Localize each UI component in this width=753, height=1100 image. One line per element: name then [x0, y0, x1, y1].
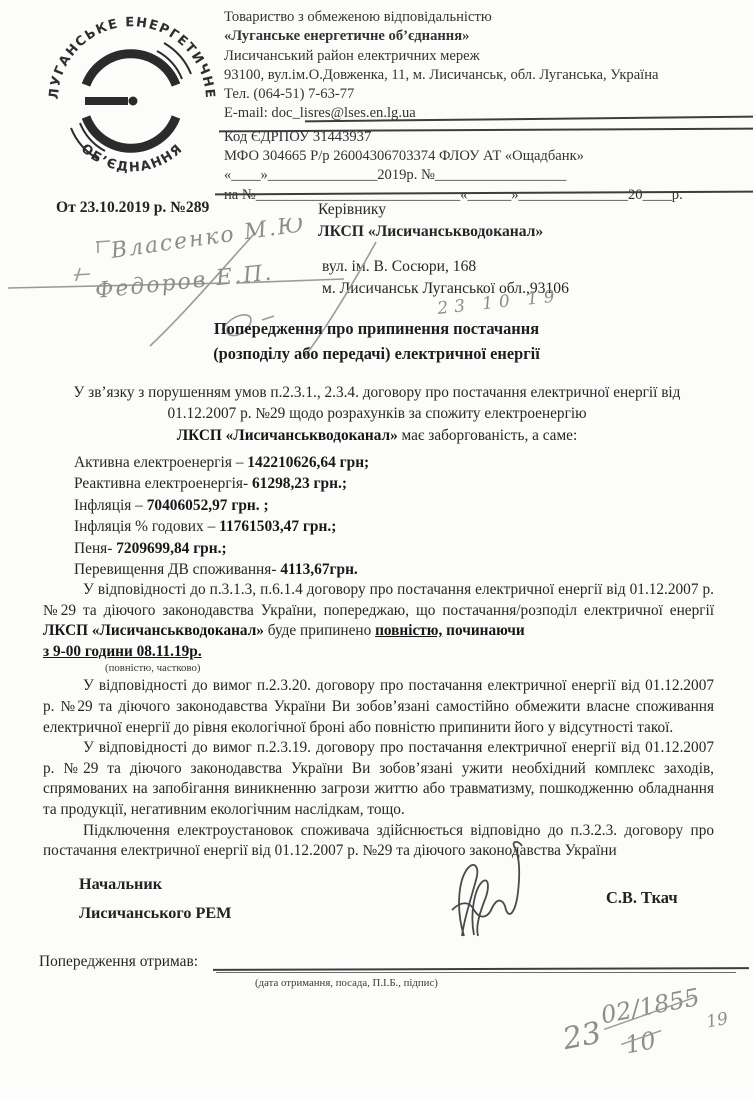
company-logo: ЛУГАНСЬКЕ ЕНЕРГЕТИЧНЕ ОБ’ЄДНАННЯ: [38, 4, 226, 192]
registry-day: 23: [559, 1015, 604, 1057]
title-line-2: (розподілу або передачі) електричної ене…: [0, 342, 753, 367]
position-line-2: Лисичанського РЕМ: [79, 899, 231, 928]
addressee-city: м. Лисичанськ Луганської обл.,93106: [322, 278, 569, 300]
debt-value: 7209699,84: [116, 540, 189, 557]
debt-suffix: грн.;: [189, 540, 226, 557]
tick-mark-icon: [74, 268, 90, 281]
phone-line: Тел. (064-51) 7-63-77: [224, 85, 750, 104]
p2-organization: ЛКСП «Лисичанськводоканал»: [43, 622, 264, 639]
paragraph-safety: У відповідності до вимог п.2.3.19. догов…: [43, 738, 714, 820]
registry-fraction-line: [601, 998, 699, 1047]
addressee-street: вул. ім. В. Сосюри, 168: [322, 256, 569, 278]
intro-line-3-rest: має заборгованість, а саме:: [398, 427, 577, 444]
email-line: E-mail: doc_lisres@lses.en.lg.ua: [224, 104, 750, 123]
debt-label: Реактивна електроенергія-: [74, 475, 252, 492]
signatory-position: Начальник Лисичанського РЕМ: [79, 870, 231, 928]
blank-date-line: «____»_______________2019р. №___________…: [224, 166, 750, 185]
debt-value: 70406052,97: [147, 497, 228, 514]
tick-mark-icon: [96, 241, 110, 253]
debt-suffix: грн. ;: [228, 497, 269, 514]
p2-caption: (повністю, частково): [105, 662, 714, 675]
debt-value: 61298,23: [252, 475, 310, 492]
p2-starting: починаючи: [442, 622, 524, 639]
intro-organization: ЛКСП «Лисичанськводоканал»: [177, 427, 398, 444]
debt-suffix: грн;: [336, 454, 369, 471]
debt-value: 11761503,47: [219, 518, 299, 535]
handwritten-name-1: Власенко М.Ю: [108, 218, 307, 264]
received-caption: (дата отримання, посада, П.І.Б., підпис): [255, 977, 438, 989]
intro-paragraph: У зв’язку з порушенням умов п.2.3.1., 2.…: [38, 382, 716, 446]
paragraph-self-limit: У відповідності до вимог п.2.3.20. догов…: [43, 676, 714, 738]
addressee-salutation: Керівнику: [318, 199, 543, 221]
addressee-address: вул. ім. В. Сосюри, 168 м. Лисичанськ Лу…: [322, 256, 569, 299]
outgoing-reference: От 23.10.2019 р. №289: [56, 199, 209, 217]
intro-line-2: 01.12.2007 р. №29 щодо розрахунків за сп…: [38, 403, 716, 424]
p2-mode: повністю,: [375, 622, 442, 639]
registry-year: 19: [705, 1009, 730, 1033]
debt-row: Активна електроенергія – 142210626,64 гр…: [74, 452, 369, 473]
debt-value: 142210626,64: [247, 454, 336, 471]
addressee-organization: ЛКСП «Лисичанськводоканал»: [318, 221, 543, 243]
logo-emblem-icon: [71, 43, 191, 159]
registry-number: 02/1855: [599, 983, 702, 1030]
p2-text: У відповідності до п.3.1.3, п.6.1.4 дого…: [43, 581, 714, 619]
handwritten-name-2: Федоров Е.П.: [94, 260, 274, 304]
debt-row: Реактивна електроенергія- 61298,23 грн.;: [74, 473, 369, 494]
debt-list: Активна електроенергія – 142210626,64 гр…: [74, 452, 369, 580]
district-line: Лисичанський район електричних мереж: [224, 47, 750, 66]
document-title: Попередження про припинення постачання (…: [0, 317, 753, 366]
debt-label: Інфляція % годових –: [74, 518, 219, 535]
debt-label: Інфляція –: [74, 497, 147, 514]
debt-suffix: грн.;: [299, 518, 336, 535]
signatory-name: С.В. Ткач: [606, 888, 678, 908]
letterhead: Товариство з обмеженою відповідальністю …: [224, 8, 750, 205]
intro-line-3: ЛКСП «Лисичанськводоканал» має заборгова…: [38, 425, 716, 446]
received-signature-line-2: [216, 972, 736, 973]
title-line-1: Попередження про припинення постачання: [0, 317, 753, 342]
debt-suffix: грн.;: [310, 475, 347, 492]
debt-suffix: грн.: [330, 561, 358, 578]
registry-month: 10: [623, 1026, 658, 1059]
body-text: У відповідності до п.3.1.3, п.6.1.4 дого…: [43, 580, 714, 862]
p2-text: буде припинено: [264, 622, 375, 639]
received-signature-line: [213, 967, 749, 970]
company-type: Товариство з обмеженою відповідальністю: [224, 8, 750, 27]
intro-line-1: У зв’язку з порушенням умов п.2.3.1., 2.…: [38, 382, 716, 403]
paragraph-reconnection: Підключення електроустановок споживача з…: [43, 821, 714, 862]
debt-label: Пеня-: [74, 540, 116, 557]
handwritten-registry-number: 23 02/1855 10 19: [548, 975, 753, 1075]
received-label: Попередження отримав:: [39, 953, 198, 971]
addressee-block: Керівнику ЛКСП «Лисичанськводоканал»: [318, 199, 543, 243]
debt-row: Перевищення ДВ споживання- 4113,67грн.: [74, 559, 369, 580]
company-name: «Луганське енергетичне об’єднання»: [224, 27, 750, 46]
strike-line: [8, 279, 344, 288]
address-line: 93100, вул.ім.О.Довженка, 11, м. Лисичан…: [224, 66, 750, 85]
debt-label: Перевищення ДВ споживання-: [74, 561, 280, 578]
debt-value: 4113,67: [280, 561, 329, 578]
debt-label: Активна електроенергія –: [74, 454, 247, 471]
bank-line: МФО 304665 Р/р 26004306703374 ФЛОУ АТ «О…: [224, 147, 750, 166]
paragraph-warning: У відповідності до п.3.1.3, п.6.1.4 дого…: [43, 580, 714, 662]
debt-row: Інфляція – 70406052,97 грн. ;: [74, 495, 369, 516]
scanned-letter-page: ЛУГАНСЬКЕ ЕНЕРГЕТИЧНЕ ОБ’ЄДНАННЯ Товарис…: [0, 0, 753, 1100]
debt-row: Пеня- 7209699,84 грн.;: [74, 538, 369, 559]
debt-row: Інфляція % годових – 11761503,47 грн.;: [74, 516, 369, 537]
position-line-1: Начальник: [79, 870, 231, 899]
p2-cutoff-datetime: з 9-00 години 08.11.19р.: [43, 643, 202, 660]
